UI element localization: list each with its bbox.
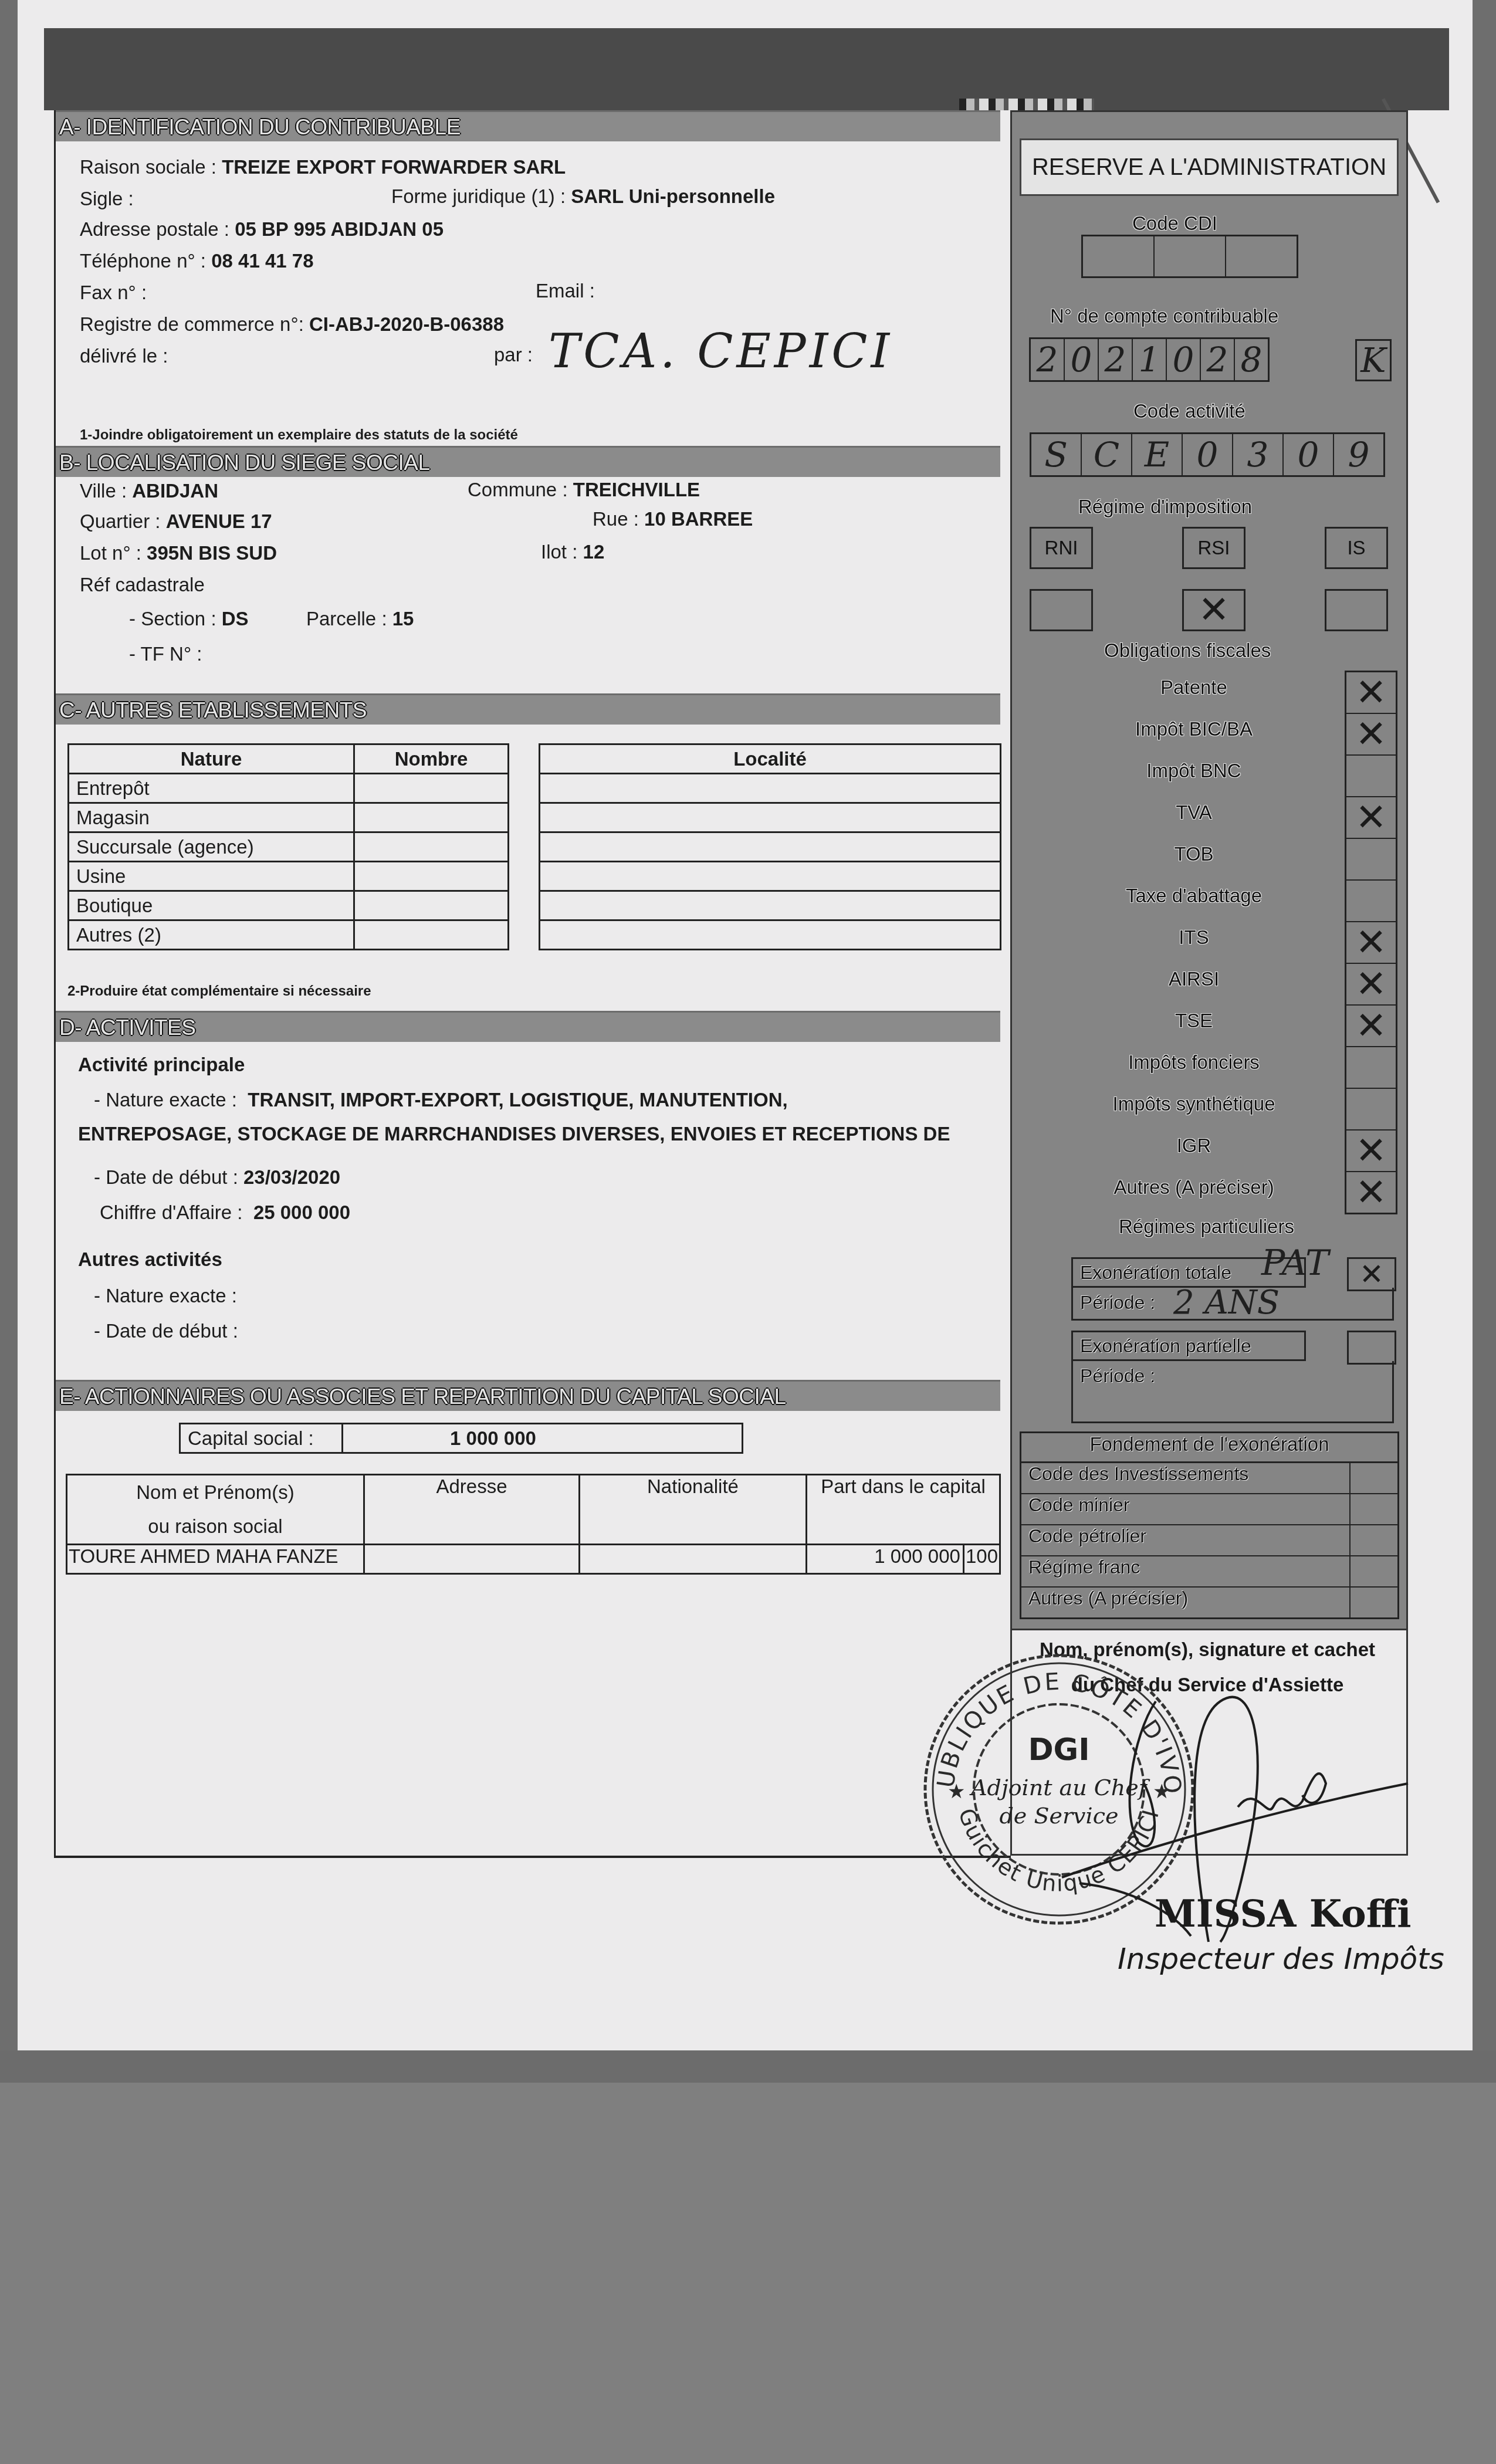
actionnaire-adresse [364, 1545, 580, 1574]
obligation-checkbox[interactable]: ✕ [1346, 797, 1396, 839]
exo-totale-handwritten: PAT [1261, 1243, 1329, 1284]
section-cadastrale-field: - Section : DS [129, 608, 249, 630]
col-nationalite: Nationalité [580, 1475, 807, 1545]
obligation-label: Patente [1041, 676, 1346, 699]
obligation-checkbox[interactable]: ✕ [1346, 714, 1396, 756]
actionnaires-table: Nom et Prénom(s)ou raison social Adresse… [66, 1474, 1001, 1575]
table-row: Succursale (agence) [69, 832, 509, 862]
table-row: Boutique [69, 891, 509, 920]
obligation-checkbox[interactable] [1346, 756, 1396, 797]
regime-rsi-checkbox[interactable]: ✕ [1182, 589, 1245, 631]
section-a-header: A- IDENTIFICATION DU CONTRIBUABLE [56, 110, 1000, 141]
compte-digit[interactable]: 1 [1133, 339, 1167, 380]
code-activite-char[interactable]: 0 [1284, 434, 1334, 475]
section-c-note: 2-Produire état complémentaire si nécess… [67, 983, 371, 1000]
obligation-label: Autres (A préciser) [1041, 1176, 1346, 1199]
obligation-checkbox[interactable]: ✕ [1346, 1172, 1396, 1213]
periode-totale-handwritten: 2 ANS [1173, 1284, 1280, 1322]
adresse-postale-field: Adresse postale : 05 BP 995 ABIDJAN 05 [80, 218, 444, 241]
code-activite-char[interactable]: 9 [1334, 434, 1383, 475]
compte-digit[interactable]: 0 [1167, 339, 1201, 380]
section-a-note: 1-Joindre obligatoirement un exemplaire … [80, 427, 518, 444]
scan-edge-right [1473, 0, 1496, 2083]
localite-table: Localité [539, 743, 1001, 950]
fondement-row: Code pétrolier [1021, 1525, 1397, 1556]
raison-sociale-field: Raison sociale : TREIZE EXPORT FORWARDER… [80, 156, 566, 178]
capital-social-table: Capital social :1 000 000 [179, 1423, 743, 1454]
obligation-label: Taxe d'abattage [1041, 885, 1346, 907]
actionnaire-part: 1 000 000 [807, 1545, 964, 1574]
check-mark-icon: ✕ [1355, 1007, 1387, 1045]
table-row: TOURE AHMED MAHA FANZE 1 000 000 100 [67, 1545, 1000, 1574]
fondement-row: Régime franc [1021, 1556, 1397, 1588]
col-adresse: Adresse [364, 1475, 580, 1545]
periode-partielle-field[interactable]: Période : [1071, 1361, 1394, 1423]
nombre-cell[interactable] [354, 891, 509, 920]
obligations-checkboxes: ✕✕✕✕✕✕✕✕ [1345, 671, 1397, 1214]
code-activite-char[interactable]: C [1082, 434, 1132, 475]
compte-digit[interactable]: 8 [1235, 339, 1268, 380]
nature-exacte-field: - Nature exacte : TRANSIT, IMPORT-EXPORT… [94, 1089, 788, 1111]
signatory-name: MISSA Koffi [1155, 1892, 1412, 1936]
localite-cell[interactable] [540, 862, 1001, 891]
ilot-field: Ilot : 12 [541, 541, 604, 563]
table-row [540, 803, 1001, 832]
autres-date-field: - Date de début : [94, 1320, 238, 1342]
localite-cell[interactable] [540, 803, 1001, 832]
fondement-cell[interactable] [1349, 1525, 1397, 1555]
nature-exacte-continued: ENTREPOSAGE, STOCKAGE DE MARRCHANDISES D… [78, 1123, 950, 1145]
code-cdi-cell[interactable] [1155, 236, 1226, 276]
table-row [540, 832, 1001, 862]
delivre-le-field: délivré le : [80, 345, 168, 367]
telephone-field: Téléphone n° : 08 41 41 78 [80, 250, 314, 272]
par-label: par : [494, 344, 533, 366]
capital-social-label: Capital social : [180, 1424, 343, 1453]
actionnaire-nationalite [580, 1545, 807, 1574]
compte-contribuable-boxes: 2 0 2 1 0 2 8 [1029, 337, 1270, 382]
regime-is-checkbox[interactable] [1325, 589, 1388, 631]
quartier-field: Quartier : AVENUE 17 [80, 510, 272, 533]
check-mark-icon: ✕ [1355, 924, 1387, 962]
obligation-label: Impôts fonciers [1041, 1051, 1346, 1074]
nombre-cell[interactable] [354, 803, 509, 832]
code-activite-char[interactable]: 0 [1183, 434, 1233, 475]
regimes-particuliers-label: Régimes particuliers [1119, 1216, 1294, 1238]
capital-social-value: 1 000 000 [343, 1424, 743, 1453]
code-activite-label: Code activité [1133, 400, 1245, 422]
obligation-label: ITS [1041, 926, 1346, 949]
sigle-field: Sigle : [80, 188, 134, 210]
table-row [540, 920, 1001, 950]
table-row [540, 774, 1001, 803]
fondement-header: Fondement de l'exonération [1021, 1433, 1397, 1463]
svg-text:★: ★ [947, 1780, 965, 1803]
localite-cell[interactable] [540, 774, 1001, 803]
table-row: Entrepôt [69, 774, 509, 803]
check-mark-icon: ✕ [1355, 966, 1387, 1003]
section-d-header: D- ACTIVITES [56, 1011, 1000, 1042]
autres-activites-label: Autres activités [78, 1248, 222, 1271]
commune-field: Commune : TREICHVILLE [468, 479, 700, 501]
forme-juridique-field: Forme juridique (1) : SARL Uni-personnel… [391, 185, 775, 208]
obligation-label: Impôt BNC [1041, 760, 1346, 782]
chiffre-affaire-field: Chiffre d'Affaire : 25 000 000 [100, 1201, 350, 1224]
compte-key[interactable]: K [1357, 341, 1390, 380]
fondement-cell[interactable] [1349, 1463, 1397, 1493]
table-row [540, 862, 1001, 891]
par-handwritten: TCA. CEPICI [549, 324, 893, 378]
section-c-header: C- AUTRES ETABLISSEMENTS [56, 693, 1000, 725]
scan-edge-left [0, 0, 18, 2083]
fondement-exoneration-table: Fondement de l'exonération Code des Inve… [1020, 1431, 1399, 1619]
parcelle-field: Parcelle : 15 [306, 608, 414, 630]
compte-digit[interactable]: 2 [1031, 339, 1065, 380]
localite-cell[interactable] [540, 920, 1001, 950]
obligation-label: AIRSI [1041, 968, 1346, 990]
obligation-checkbox[interactable] [1346, 1089, 1396, 1131]
obligation-label: TVA [1041, 801, 1346, 824]
compte-digit[interactable]: 2 [1099, 339, 1133, 380]
table-row: Usine [69, 862, 509, 891]
scan-bottom-band [0, 2050, 1496, 2083]
exo-partielle-label: Exonération partielle [1071, 1331, 1306, 1361]
obligation-checkbox[interactable]: ✕ [1346, 1006, 1396, 1047]
rue-field: Rue : 10 BARREE [593, 508, 753, 530]
check-mark-icon: ✕ [1355, 1132, 1387, 1170]
tf-field: - TF N° : [129, 643, 202, 665]
check-mark-icon: ✕ [1355, 674, 1387, 712]
ref-cadastrale-label: Réf cadastrale [80, 574, 205, 596]
table-row: Autres (2) [69, 920, 509, 950]
ville-field: Ville : ABIDJAN [80, 480, 218, 502]
header-banner [44, 28, 1449, 110]
compte-digit[interactable]: 0 [1065, 339, 1099, 380]
col-nature: Nature [69, 744, 354, 774]
activite-principale-label: Activité principale [78, 1054, 245, 1076]
obligation-checkbox[interactable] [1346, 1047, 1396, 1089]
code-cdi-cell[interactable] [1083, 236, 1155, 276]
section-b-header: B- LOCALISATION DU SIEGE SOCIAL [56, 446, 1000, 477]
localite-cell[interactable] [540, 832, 1001, 862]
regime-rsi-label: RSI [1182, 527, 1245, 569]
check-mark-icon: ✕ [1355, 799, 1387, 837]
obligation-checkbox[interactable] [1346, 839, 1396, 881]
obligation-label: Impôts synthétique [1041, 1093, 1346, 1115]
registre-commerce-field: Registre de commerce n°: CI-ABJ-2020-B-0… [80, 313, 504, 336]
compte-key-box: K [1355, 339, 1392, 381]
col-localite: Localité [540, 744, 1001, 774]
obligation-label: TSE [1041, 1010, 1346, 1032]
obligation-checkbox[interactable] [1346, 881, 1396, 922]
code-activite-char[interactable]: E [1132, 434, 1183, 475]
nombre-cell[interactable] [354, 862, 509, 891]
date-debut-field: - Date de début : 23/03/2020 [94, 1166, 340, 1189]
autres-nature-field: - Nature exacte : [94, 1285, 237, 1307]
etablissements-table: NatureNombre Entrepôt Magasin Succursale… [67, 743, 509, 950]
exo-partielle-checkbox[interactable] [1347, 1331, 1396, 1365]
col-nom: Nom et Prénom(s)ou raison social [67, 1475, 364, 1545]
regime-rni-label: RNI [1030, 527, 1093, 569]
fondement-cell[interactable] [1349, 1494, 1397, 1524]
obligation-checkbox[interactable]: ✕ [1346, 964, 1396, 1006]
exo-totale-checkbox[interactable]: ✕ [1347, 1257, 1396, 1291]
obligation-checkbox[interactable]: ✕ [1346, 922, 1396, 964]
fondement-row: Code minier [1021, 1494, 1397, 1525]
code-cdi-boxes [1081, 235, 1298, 278]
code-cdi-cell[interactable] [1226, 236, 1297, 276]
localite-cell[interactable] [540, 891, 1001, 920]
fondement-row: Autres (A précisier) [1021, 1588, 1397, 1617]
lot-field: Lot n° : 395N BIS SUD [80, 542, 277, 564]
fondement-row: Code des Investissements [1021, 1463, 1397, 1494]
signatory-role: Inspecteur des Impôts [1118, 1942, 1444, 1976]
actionnaire-nom: TOURE AHMED MAHA FANZE [67, 1545, 364, 1574]
fondement-cell[interactable] [1349, 1588, 1397, 1617]
code-cdi-label: Code CDI [1132, 212, 1217, 235]
regime-imposition-label: Régime d'imposition [1078, 496, 1252, 518]
obligation-label: Impôt BIC/BA [1041, 718, 1346, 740]
nombre-cell[interactable] [354, 920, 509, 950]
email-field: Email : [536, 280, 595, 302]
obligation-checkbox[interactable]: ✕ [1346, 672, 1396, 714]
check-mark-icon: ✕ [1355, 716, 1387, 753]
compte-contribuable-label: N° de compte contribuable [1050, 305, 1278, 327]
table-row: Magasin [69, 803, 509, 832]
actionnaire-pourcentage: 100 [963, 1545, 1000, 1574]
col-part-capital: Part dans le capital [807, 1475, 1000, 1545]
obligations-fiscales-label: Obligations fiscales [1104, 639, 1271, 662]
compte-digit[interactable]: 2 [1201, 339, 1235, 380]
code-activite-boxes: S C E 0 3 0 9 [1030, 432, 1385, 477]
obligation-label: TOB [1041, 843, 1346, 865]
nombre-cell[interactable] [354, 774, 509, 803]
regime-is-label: IS [1325, 527, 1388, 569]
check-mark-icon: ✕ [1359, 1260, 1384, 1289]
code-activite-char[interactable]: S [1031, 434, 1082, 475]
regime-rni-checkbox[interactable] [1030, 589, 1093, 631]
fax-field: Fax n° : [80, 282, 147, 304]
col-nombre: Nombre [354, 744, 509, 774]
obligation-label: IGR [1041, 1135, 1346, 1157]
fondement-cell[interactable] [1349, 1556, 1397, 1586]
section-e-header: E- ACTIONNAIRES OU ASSOCIES ET REPARTITI… [56, 1380, 1000, 1411]
nombre-cell[interactable] [354, 832, 509, 862]
scan-artifact [959, 99, 1094, 110]
code-activite-char[interactable]: 3 [1233, 434, 1284, 475]
obligation-checkbox[interactable]: ✕ [1346, 1131, 1396, 1172]
admin-title: RESERVE A L'ADMINISTRATION [1020, 138, 1399, 196]
table-row [540, 891, 1001, 920]
check-mark-icon: ✕ [1355, 1174, 1387, 1211]
check-mark-icon: ✕ [1198, 591, 1230, 629]
